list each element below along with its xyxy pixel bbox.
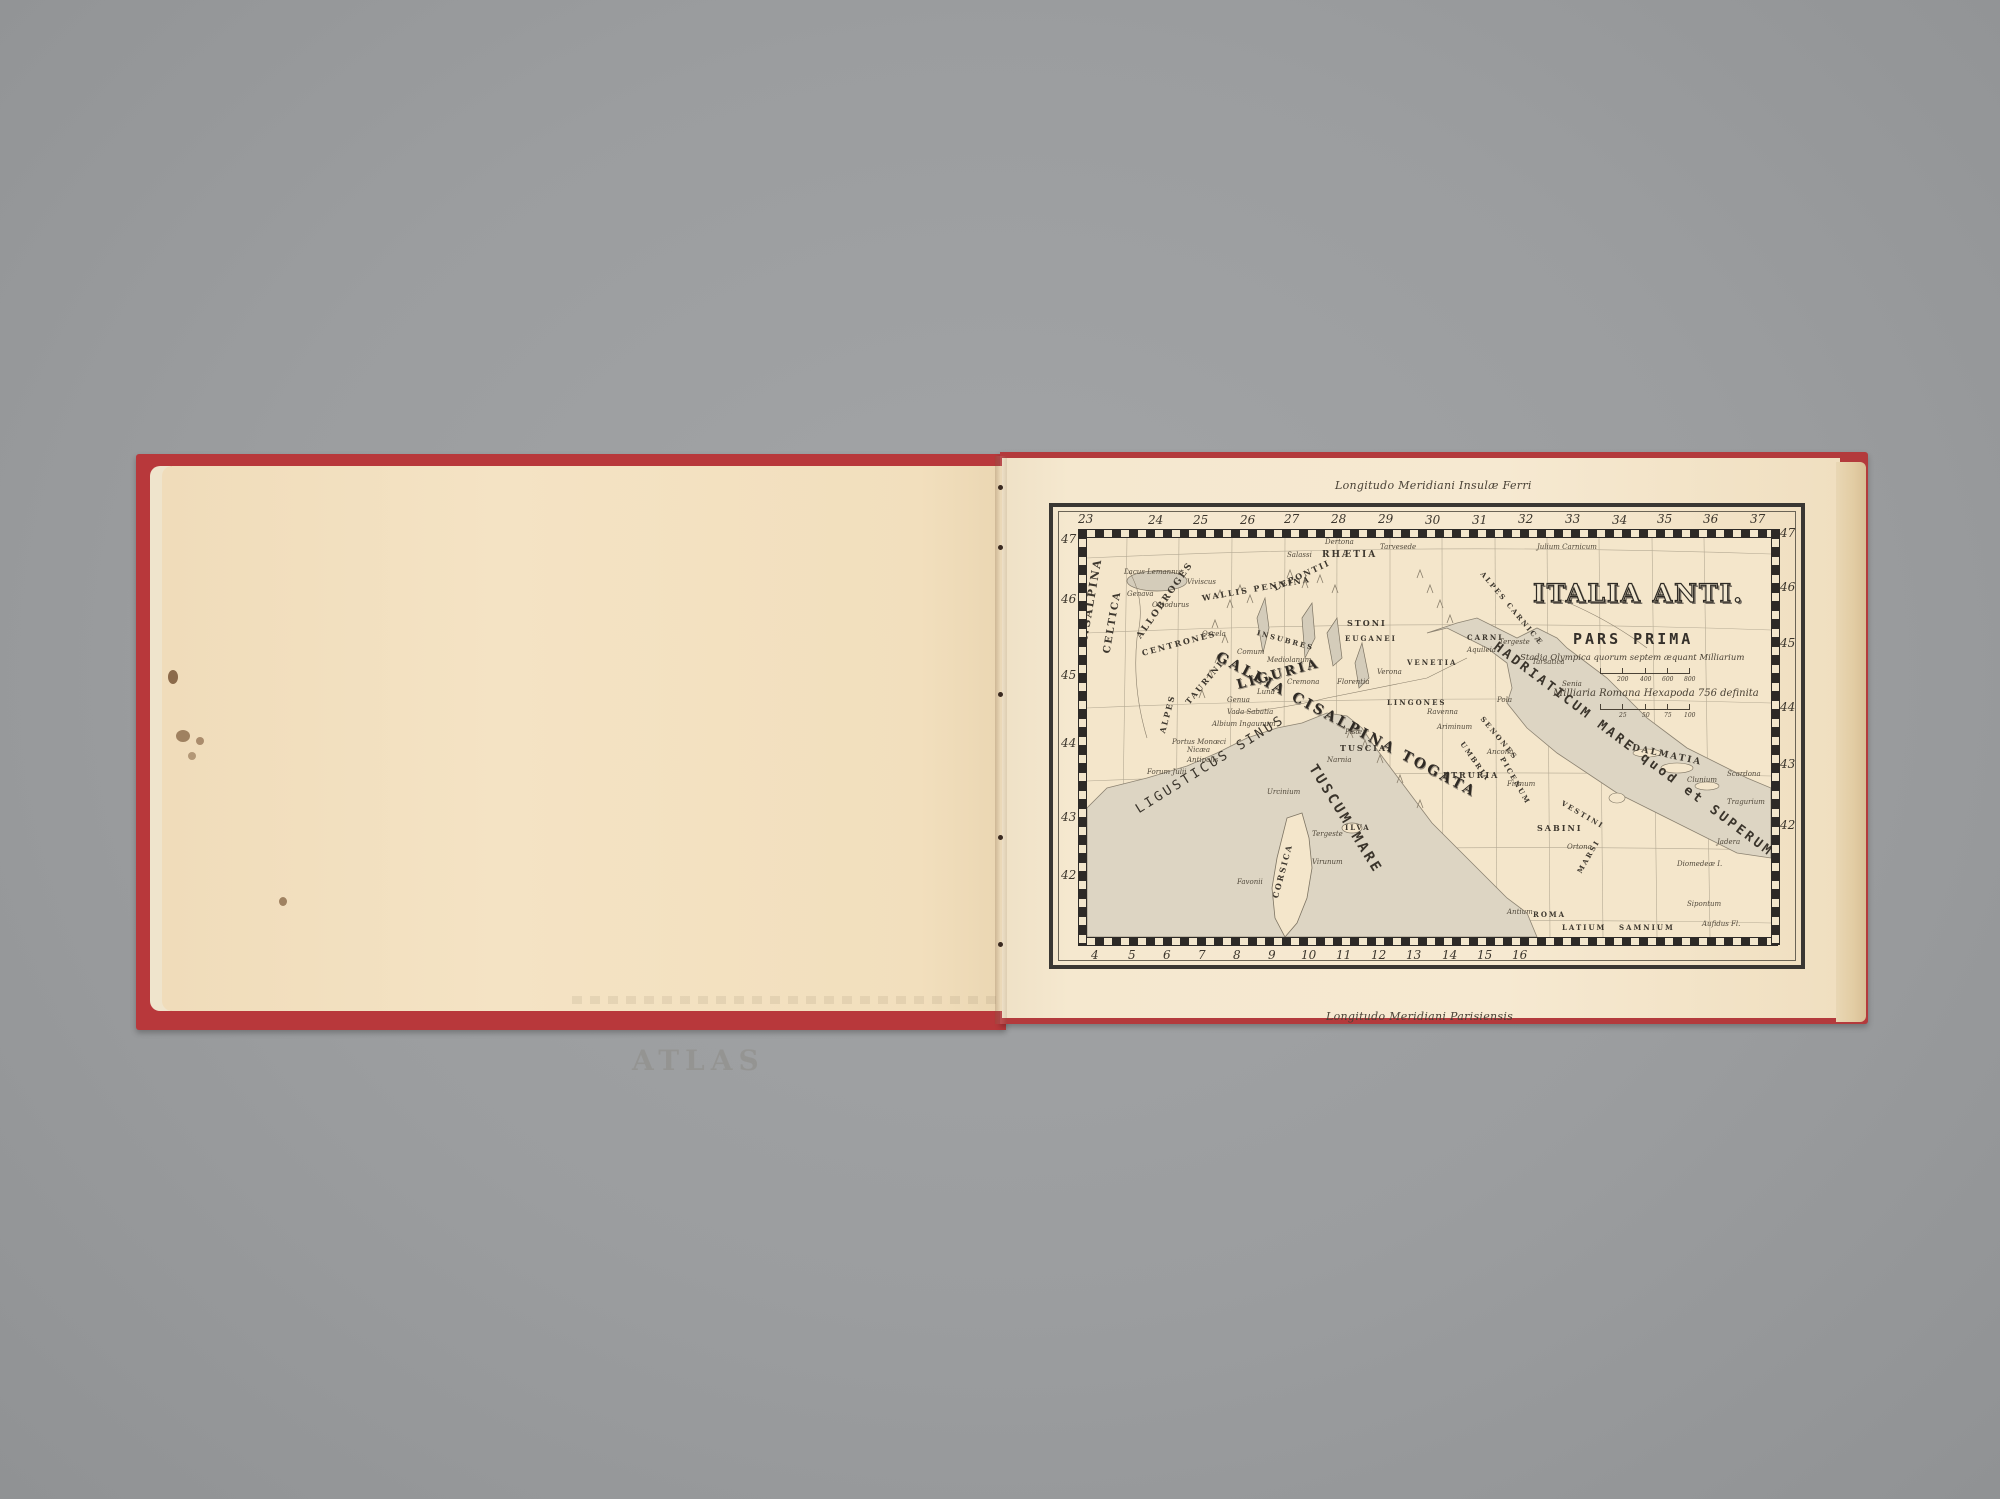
place-tergeste: Tergeste	[1499, 638, 1530, 646]
place-sebatum: Tarvesede	[1380, 543, 1416, 551]
place-comum: Comum	[1237, 648, 1264, 656]
foxing-stain	[176, 730, 190, 742]
place-epidaurus: Jadera	[1717, 838, 1740, 846]
tick-right-lat: 46	[1780, 580, 1795, 594]
tick-bottom-lon: 5	[1128, 948, 1136, 962]
scale-tick: 200	[1617, 676, 1628, 683]
binding-hole	[998, 692, 1003, 697]
tick-bottom-lon: 15	[1477, 948, 1492, 962]
place-magia: Dertona	[1325, 538, 1354, 546]
place-antipolis: Nicæa	[1187, 746, 1210, 754]
tick-top-lon: 30	[1425, 513, 1440, 527]
tick-top-lon: 28	[1331, 512, 1346, 526]
place-verona: Verona	[1377, 668, 1402, 676]
scale-tick: 50	[1642, 712, 1650, 719]
place-ostia: Antium	[1507, 908, 1533, 916]
tick-bottom-lon: 11	[1336, 948, 1351, 962]
place-lacus-lemannus: Lacus Lemannus	[1124, 568, 1184, 576]
checker-border-right	[1771, 529, 1780, 945]
place-aufidus: Aufidus Fl.	[1702, 920, 1740, 928]
show-through-print: ATLAS	[532, 996, 1052, 1116]
scale-tick: 75	[1664, 712, 1672, 719]
place-florentia: Florentia	[1337, 678, 1370, 686]
place-mariana: Tergeste	[1312, 830, 1343, 838]
place-mediolanum: Mediolanum	[1267, 656, 1311, 664]
label-rhaetia: RHÆTIA	[1322, 550, 1377, 560]
scale-caption-stadia: Stadia Olympica quorum septem æquant Mil…	[1520, 653, 1744, 663]
tick-bottom-lon: 13	[1406, 948, 1421, 962]
place-senia: Senia	[1562, 680, 1582, 688]
map-subtitle: PARS PRIMA	[1573, 630, 1693, 648]
tick-bottom-lon: 12	[1371, 948, 1386, 962]
footer-caption: Longitudo Meridiani Parisiensis	[1326, 1010, 1513, 1023]
scale-bar-milliaria	[1600, 703, 1690, 710]
tick-bottom-lon: 16	[1512, 948, 1527, 962]
foxing-stain	[279, 897, 287, 906]
place-narona: Tragurium	[1727, 798, 1765, 806]
tick-top-lon: 29	[1378, 512, 1393, 526]
place-urcinium: Favonii	[1237, 878, 1263, 886]
place-delminium: Scardona	[1727, 770, 1761, 778]
label-stoni: STONI	[1347, 618, 1387, 628]
place-salona: Clunium	[1687, 776, 1717, 784]
tick-left-lat: 45	[1061, 668, 1076, 682]
tick-right-lat: 44	[1780, 700, 1795, 714]
scale-caption-milliaria-text: Milliaria Romana Hexapoda 756 definita	[1553, 688, 1759, 699]
scale-tick: 600	[1662, 676, 1673, 683]
label-venetia: VENETIA	[1407, 658, 1457, 667]
place-forum-julii: Antipolis	[1187, 756, 1218, 764]
tick-bottom-lon: 9	[1268, 948, 1276, 962]
tick-top-lon: 31	[1472, 513, 1487, 527]
place-aquileia: Aquileia	[1467, 646, 1496, 654]
scale-bar-stadia	[1600, 667, 1690, 674]
tick-left-lat: 46	[1061, 592, 1076, 606]
place-curia: Salassi	[1287, 551, 1312, 559]
tick-left-lat: 42	[1061, 868, 1076, 882]
left-page[interactable]: ATLAS	[162, 466, 1004, 1011]
checker-border-left	[1078, 529, 1087, 945]
tick-bottom-lon: 10	[1301, 948, 1316, 962]
place-octodurus: Octodurus	[1152, 601, 1189, 609]
place-oscela: Oscela	[1202, 630, 1226, 638]
foxing-stain	[168, 670, 178, 684]
place-ariminum: Ariminum	[1437, 723, 1472, 731]
place-aleria: Virunum	[1312, 858, 1343, 866]
tick-top-lon: 37	[1750, 512, 1765, 526]
label-tuscia: TUSCIA	[1340, 743, 1387, 753]
tick-top-lon: 27	[1284, 512, 1299, 526]
header-caption: Longitudo Meridiani Insulæ Ferri	[1335, 479, 1532, 492]
label-roma: ROMA	[1533, 910, 1566, 919]
place-heraclea: Forum Julii	[1147, 768, 1186, 776]
tick-right-lat: 47	[1780, 526, 1795, 540]
place-sipontum: Sipontum	[1687, 900, 1721, 908]
place-ancona: Ancona	[1487, 748, 1513, 756]
place-vada-sabatia: Genua	[1227, 696, 1250, 704]
place-virunum: Julium Carnicum	[1537, 543, 1597, 551]
map-title: ITALIA ANTI.	[1533, 579, 1744, 608]
tick-top-lon: 25	[1193, 513, 1208, 527]
label-samnium: SAMNIUM	[1619, 923, 1675, 932]
place-ravenna: Ravenna	[1427, 708, 1458, 716]
scale-caption-stadia-text: Stadia Olympica quorum septem æquant Mil…	[1520, 653, 1744, 663]
place-nicaea: Portus Monœci	[1172, 738, 1226, 746]
tick-bottom-lon: 4	[1091, 948, 1099, 962]
place-pola: Pola	[1497, 696, 1512, 704]
label-lingones: LINGONES	[1387, 698, 1446, 707]
tick-right-lat: 45	[1780, 636, 1795, 650]
tick-right-lat: 43	[1780, 757, 1795, 771]
scale-caption-milliaria: Milliaria Romana Hexapoda 756 definita	[1553, 688, 1759, 699]
place-diomedeae: Diomedeæ I.	[1677, 860, 1722, 868]
label-latium: LATIUM	[1562, 923, 1606, 932]
scale-tick: 400	[1640, 676, 1651, 683]
tick-bottom-lon: 14	[1442, 948, 1457, 962]
tick-top-lon: 36	[1703, 512, 1718, 526]
place-cremona: Cremona	[1287, 678, 1319, 686]
checker-border-bottom	[1078, 937, 1778, 946]
book-gutter	[995, 456, 1007, 1024]
scale-tick: 25	[1619, 712, 1627, 719]
show-through-title: ATLAS	[632, 1044, 1052, 1077]
binding-hole	[998, 942, 1003, 947]
scale-tick: 800	[1684, 676, 1695, 683]
checker-border-top	[1078, 529, 1778, 538]
place-albium-intemelium: Albium Ingaunum	[1212, 720, 1275, 728]
binding-hole	[998, 545, 1003, 550]
tick-top-lon: 23	[1078, 512, 1093, 526]
place-genava: Genava	[1127, 590, 1154, 598]
place-viviscus: Viviscus	[1187, 578, 1216, 586]
tick-top-lon: 35	[1657, 512, 1672, 526]
label-euganei: EUGANEI	[1345, 634, 1397, 643]
binding-hole	[998, 835, 1003, 840]
place-genua: Luna	[1257, 688, 1275, 696]
binding-hole	[998, 485, 1003, 490]
tick-right-lat: 42	[1780, 818, 1795, 832]
place-ortona: Ortona	[1567, 843, 1592, 851]
tick-bottom-lon: 8	[1233, 948, 1241, 962]
tick-left-lat: 47	[1061, 532, 1076, 546]
tick-bottom-lon: 7	[1198, 948, 1206, 962]
place-firmum: Firmum	[1507, 780, 1535, 788]
place-albium-ingaunum: Vada Sabatia	[1227, 708, 1273, 716]
page-stack-right	[1836, 462, 1866, 1022]
place-vada-volaterrana: Narnia	[1327, 756, 1352, 764]
place-centurinum: Urcinium	[1267, 788, 1300, 796]
tick-top-lon: 34	[1612, 513, 1627, 527]
tick-left-lat: 44	[1061, 736, 1076, 750]
tick-top-lon: 33	[1565, 512, 1580, 526]
label-sabini: SABINI	[1537, 823, 1583, 833]
show-through-border	[572, 996, 1052, 1004]
tick-top-lon: 32	[1518, 512, 1533, 526]
place-pisae: Pisæ	[1345, 728, 1362, 736]
foxing-stain	[188, 752, 196, 760]
scale-tick: 100	[1684, 712, 1695, 719]
tick-left-lat: 43	[1061, 810, 1076, 824]
tick-bottom-lon: 6	[1163, 948, 1171, 962]
tick-top-lon: 24	[1148, 513, 1163, 527]
tick-top-lon: 26	[1240, 513, 1255, 527]
foxing-stain	[196, 737, 204, 745]
